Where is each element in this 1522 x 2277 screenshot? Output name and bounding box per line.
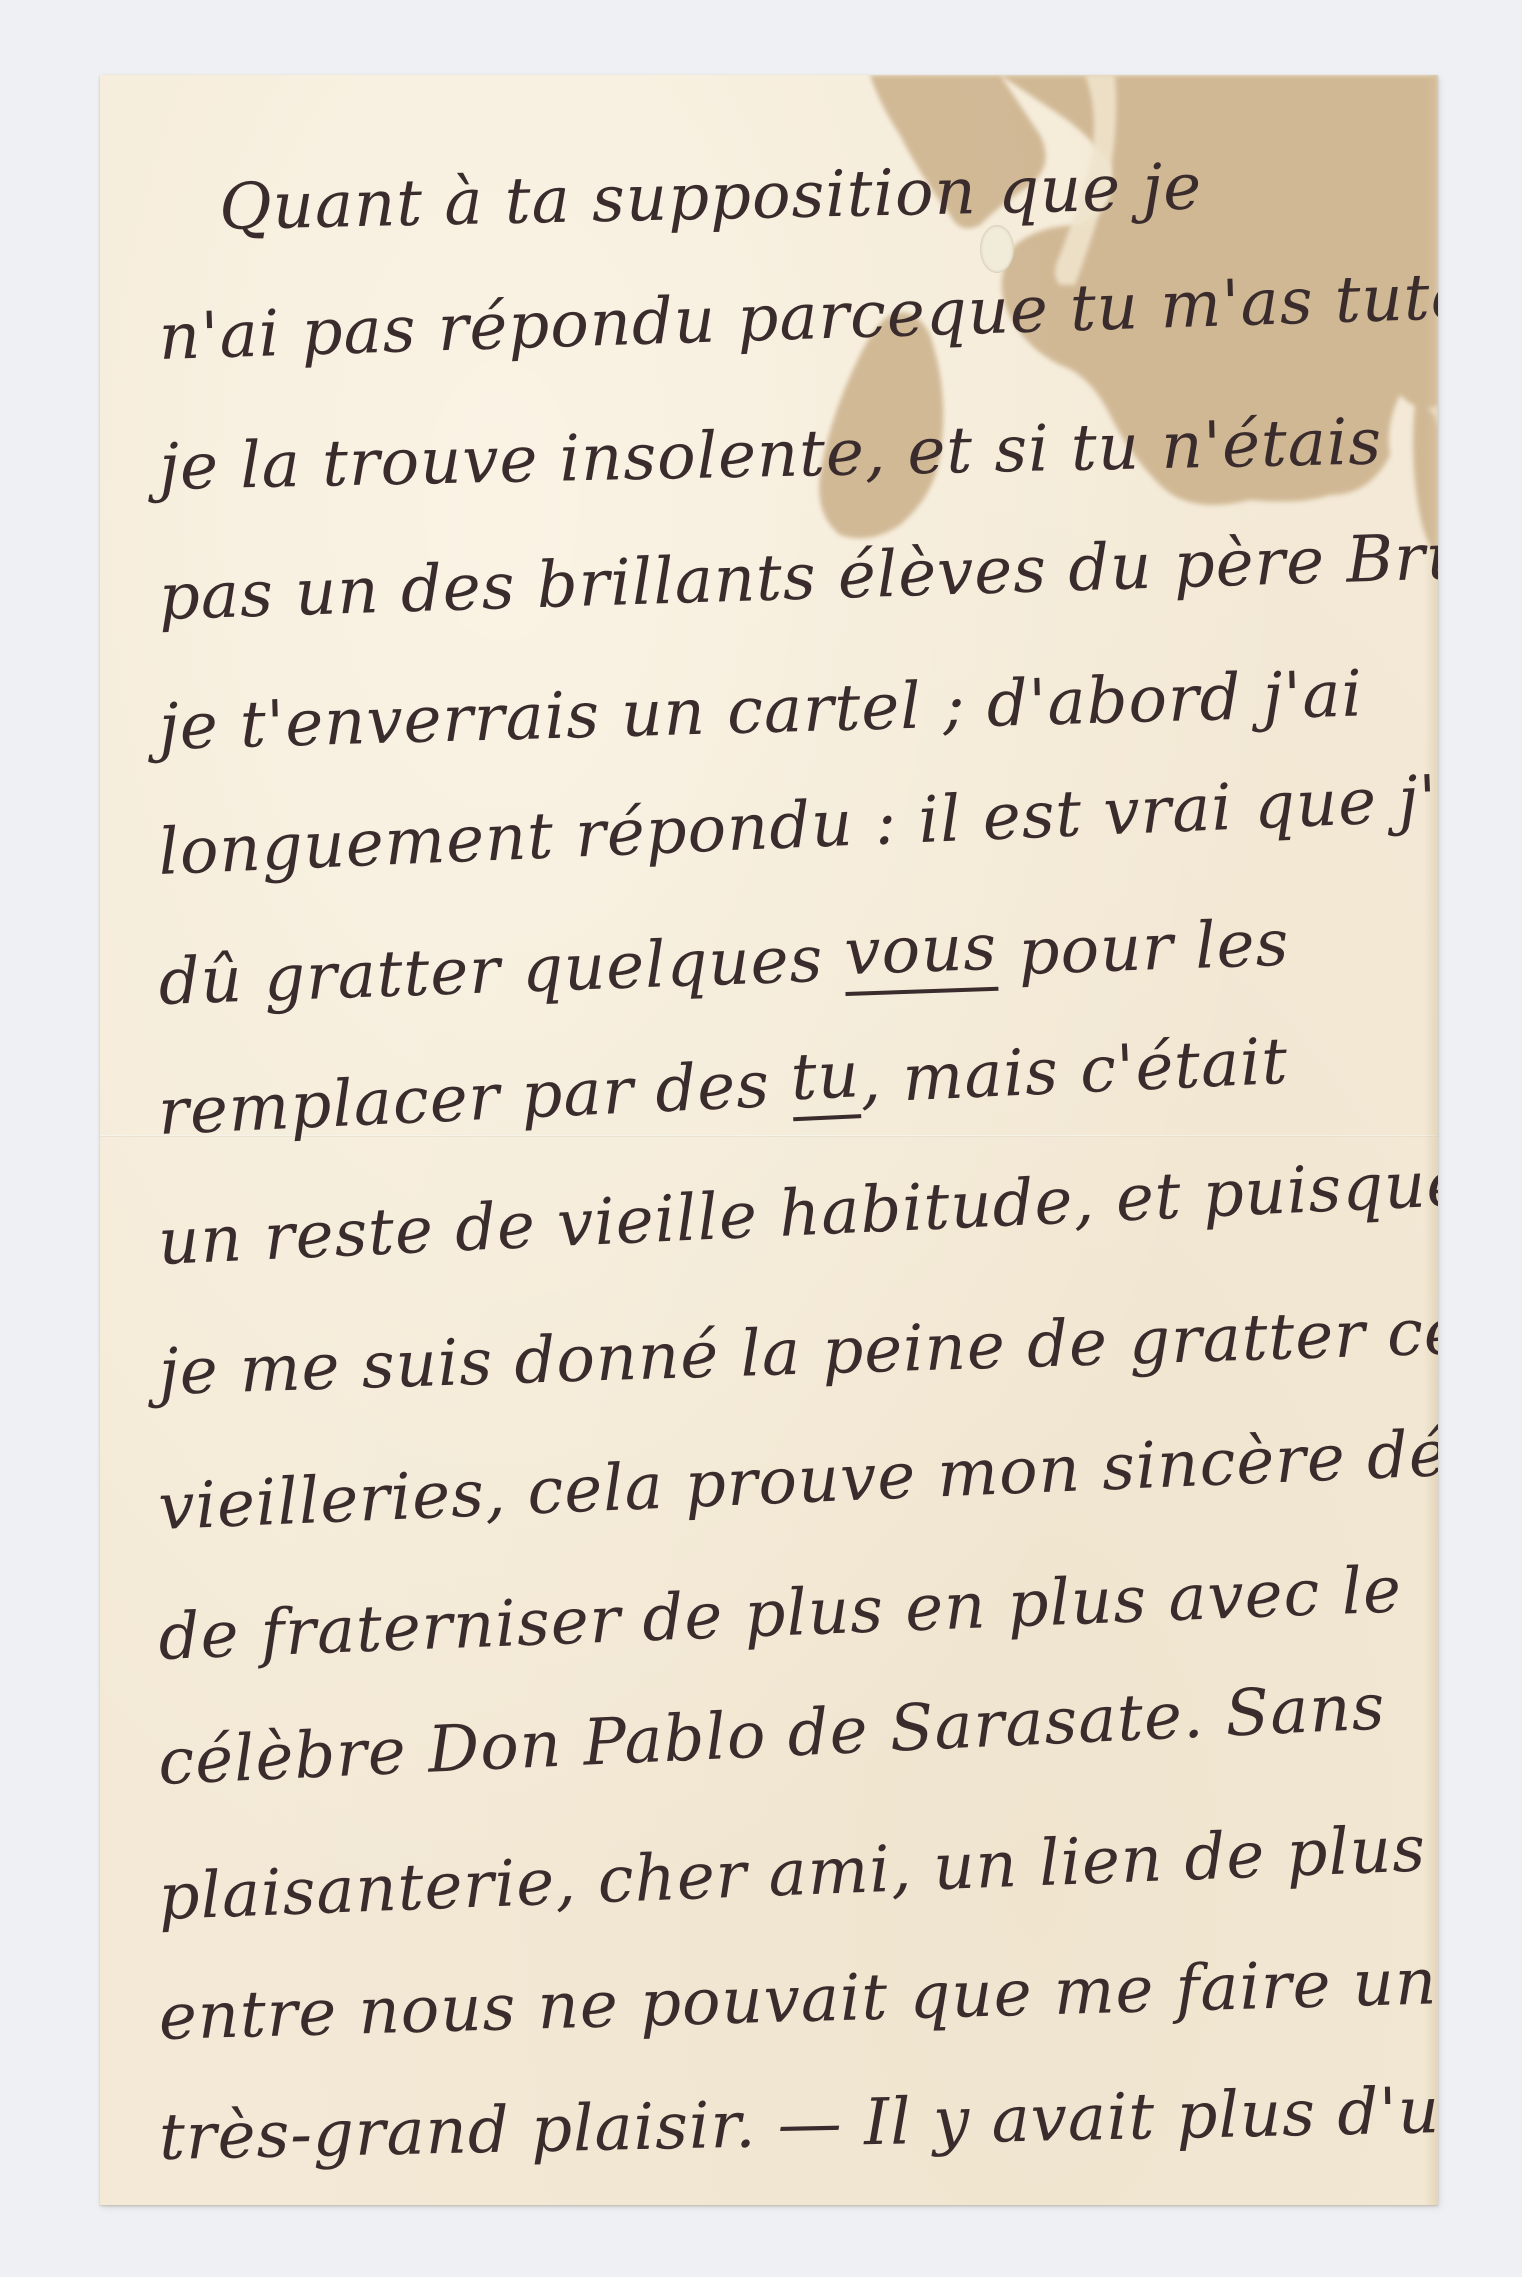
- underlined-word: tu: [789, 1038, 861, 1121]
- handwritten-line: n'ai pas répondu parceque tu m'as tutoyé…: [157, 236, 1398, 375]
- letter-body: Quant à ta supposition que je n'ai pas r…: [100, 75, 1438, 2205]
- handwritten-line: je la trouve insolente, et si tu n'étais: [158, 379, 1398, 505]
- handwritten-line: entre nous ne pouvait que me faire un: [157, 1920, 1397, 2055]
- handwritten-line: Quant à ta supposition que je: [218, 120, 1398, 245]
- handwritten-line: un reste de vieille habitude, et puisque: [155, 1124, 1396, 1280]
- handwritten-line: longuement répondu : il est vrai que j'a…: [156, 738, 1397, 890]
- handwritten-line: très-grand plaisir. — Il y avait plus d'…: [158, 2049, 1398, 2175]
- underlined-word: vous: [843, 911, 998, 996]
- handwritten-line: je me suis donné la peine de gratter ces: [157, 1271, 1398, 1410]
- handwritten-line: pas un des brillants élèves du père Brua…: [157, 496, 1398, 635]
- handwritten-line: vieilleries, cela prouve mon sincère dés…: [156, 1393, 1397, 1545]
- handwritten-line: remplacer par des tu, mais c'était: [155, 994, 1396, 1150]
- handwritten-line: dû gratter quelques vous pour les: [157, 877, 1398, 1020]
- handwritten-line: plaisanterie, cher ami, un lien de plus: [156, 1788, 1397, 1935]
- letter-page: Quant à ta supposition que je n'ai pas r…: [100, 75, 1438, 2205]
